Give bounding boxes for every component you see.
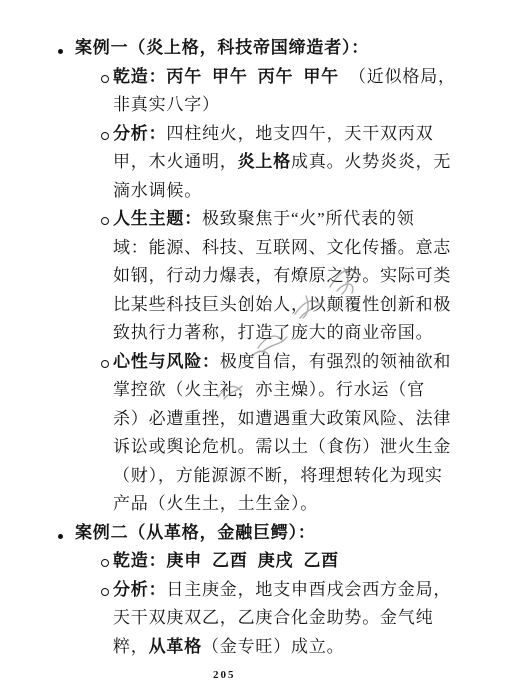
body-text: 日主庚金，地支申酉戌会西方金局， bbox=[166, 580, 451, 599]
document-page: 案例一（炎上格，科技帝国缔造者）：乾造：丙午 甲午 丙午 甲午 （近似格局，非真… bbox=[0, 0, 513, 700]
text-line: 天干双庚双乙，乙庚合化金助势。金气纯 bbox=[113, 604, 513, 633]
body-text: 杀）必遭重挫，如遭遇重大政策风险、法律 bbox=[113, 409, 451, 428]
body-text: 致执行力著称，打造了庞大的商业帝国。 bbox=[113, 323, 433, 342]
body-text: 掌控欲（火主礼，亦主燥）。行水运（官 bbox=[113, 380, 425, 399]
text-line: 如钢，行动力爆表，有燎原之势。实际可类 bbox=[113, 262, 513, 291]
text-line: 心性与风险：极度自信，有强烈的领袖欲和 bbox=[113, 348, 513, 377]
body-text: 粹， bbox=[113, 637, 149, 656]
bullet-circle-icon bbox=[101, 217, 109, 225]
sub-item: 分析：四柱纯火，地支四午，天干双丙双甲，木火通明，炎上格成真。火势炎炎，无滴水调… bbox=[113, 120, 513, 206]
text-line: 案例一（炎上格，科技帝国缔造者）： bbox=[75, 34, 513, 63]
body-text: 四柱纯火，地支四午，天干双丙双 bbox=[166, 124, 433, 143]
bold-text: 炎上格 bbox=[238, 152, 291, 171]
body-text: 非真实八字） bbox=[113, 95, 220, 114]
text-line: 域：能源、科技、互联网、文化传播。意志 bbox=[113, 234, 513, 263]
text-line: （财），方能源源不断，将理想转化为现实 bbox=[113, 462, 513, 491]
text-line: 乾造：庚申 乙酉 庚戌 乙酉 bbox=[113, 547, 513, 576]
sub-item: 乾造：庚申 乙酉 庚戌 乙酉 bbox=[113, 547, 513, 576]
bold-text: 人生主题： bbox=[113, 209, 202, 228]
body-text: 比某些科技巨头创始人，以颠覆性创新和极 bbox=[113, 295, 451, 314]
text-line: 致执行力著称，打造了庞大的商业帝国。 bbox=[113, 319, 513, 348]
text-line: 产品（火生土，土生金）。 bbox=[113, 490, 513, 519]
bold-text: 乾造：丙午 甲午 丙午 甲午 bbox=[113, 67, 339, 86]
body-text: 产品（火生土，土生金）。 bbox=[113, 494, 318, 513]
text-line: 人生主题：极致聚焦于“火”所代表的领 bbox=[113, 205, 513, 234]
text-line: 滴水调候。 bbox=[113, 177, 513, 206]
body-text: 滴水调候。 bbox=[113, 181, 202, 200]
bullet-dot-icon bbox=[58, 49, 63, 54]
bold-text: 案例一（炎上格，科技帝国缔造者）： bbox=[75, 38, 369, 57]
text-line: 诉讼或舆论危机。需以土（食伤）泄火生金 bbox=[113, 433, 513, 462]
bullet-list: 案例一（炎上格，科技帝国缔造者）：乾造：丙午 甲午 丙午 甲午 （近似格局，非真… bbox=[0, 34, 513, 661]
bold-text: 分析： bbox=[113, 580, 166, 599]
bold-text: 乾造：庚申 乙酉 庚戌 乙酉 bbox=[113, 551, 339, 570]
bullet-dot-icon bbox=[58, 534, 63, 539]
body-text: 天干双庚双乙，乙庚合化金助势。金气纯 bbox=[113, 608, 433, 627]
body-text: 诉讼或舆论危机。需以土（食伤）泄火生金 bbox=[113, 437, 451, 456]
body-text: 极度自信，有强烈的领袖欲和 bbox=[220, 352, 451, 371]
body-text: 域：能源、科技、互联网、文化传播。意志 bbox=[113, 238, 451, 257]
text-line: 分析：日主庚金，地支申酉戌会西方金局， bbox=[113, 576, 513, 605]
sub-item: 乾造：丙午 甲午 丙午 甲午 （近似格局，非真实八字） bbox=[113, 63, 513, 120]
bold-text: 从革格 bbox=[149, 637, 202, 656]
page-number: 205 bbox=[213, 669, 236, 681]
bullet-circle-icon bbox=[101, 132, 109, 140]
sub-item: 人生主题：极致聚焦于“火”所代表的领域：能源、科技、互联网、文化传播。意志如钢，… bbox=[113, 205, 513, 348]
body-text: （金专旺）成立。 bbox=[202, 637, 344, 656]
sub-item: 心性与风险：极度自信，有强烈的领袖欲和掌控欲（火主礼，亦主燥）。行水运（官杀）必… bbox=[113, 348, 513, 519]
body-text: 甲，木火通明， bbox=[113, 152, 238, 171]
body-text: （近似格局， bbox=[339, 67, 456, 86]
body-text: （财），方能源源不断，将理想转化为现实 bbox=[113, 466, 443, 485]
text-line: 甲，木火通明，炎上格成真。火势炎炎，无 bbox=[113, 148, 513, 177]
case-item: 案例二（从革格，金融巨鳄）： bbox=[75, 519, 513, 548]
case-item: 案例一（炎上格，科技帝国缔造者）： bbox=[75, 34, 513, 63]
bold-text: 分析： bbox=[113, 124, 166, 143]
bold-text: 案例二（从革格，金融巨鳄）： bbox=[75, 523, 316, 542]
text-line: 杀）必遭重挫，如遭遇重大政策风险、法律 bbox=[113, 405, 513, 434]
sub-item: 分析：日主庚金，地支申酉戌会西方金局，天干双庚双乙，乙庚合化金助势。金气纯粹，从… bbox=[113, 576, 513, 662]
bullet-circle-icon bbox=[101, 559, 109, 567]
text-line: 案例二（从革格，金融巨鳄）： bbox=[75, 519, 513, 548]
text-line: 掌控欲（火主礼，亦主燥）。行水运（官 bbox=[113, 376, 513, 405]
bold-text: 心性与风险： bbox=[113, 352, 220, 371]
bullet-circle-icon bbox=[101, 75, 109, 83]
bullet-circle-icon bbox=[101, 360, 109, 368]
body-text: 成真。火势炎炎，无 bbox=[291, 152, 451, 171]
text-line: 乾造：丙午 甲午 丙午 甲午 （近似格局， bbox=[113, 63, 513, 92]
text-line: 分析：四柱纯火，地支四午，天干双丙双 bbox=[113, 120, 513, 149]
text-line: 非真实八字） bbox=[113, 91, 513, 120]
body-text: 极致聚焦于“火”所代表的领 bbox=[202, 209, 415, 228]
body-text: 如钢，行动力爆表，有燎原之势。实际可类 bbox=[113, 266, 451, 285]
text-line: 比某些科技巨头创始人，以颠覆性创新和极 bbox=[113, 291, 513, 320]
bullet-circle-icon bbox=[101, 588, 109, 596]
text-line: 粹，从革格（金专旺）成立。 bbox=[113, 633, 513, 662]
